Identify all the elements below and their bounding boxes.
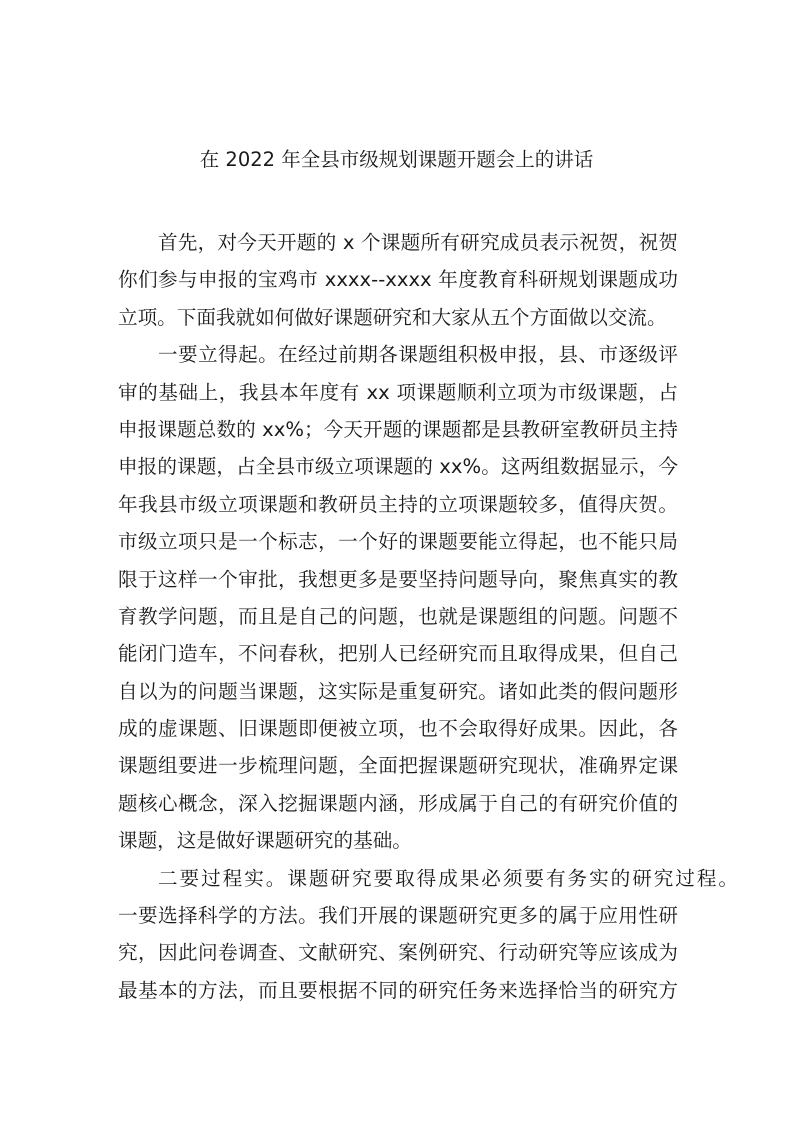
paragraph-line: 申报的课题，占全县市级立项课题的 xx%。这两组数据显示，今 (118, 453, 678, 490)
document-title: 在 2022 年全县市级规划课题开题会上的讲话 (0, 146, 793, 174)
paragraph-line: 首先，对今天开题的 x 个课题所有研究成员表示祝贺，祝贺 (118, 229, 678, 266)
paragraph-line: 育教学问题，而且是自己的问题，也就是课题组的问题。问题不 (118, 603, 678, 640)
paragraph-line: 成的虚课题、旧课题即便被立项，也不会取得好成果。因此，各 (118, 715, 678, 752)
paragraph-line: 年我县市级立项课题和教研员主持的立项课题较多，值得庆贺。 (118, 491, 678, 528)
paragraph-line: 一要选择科学的方法。我们开展的课题研究更多的属于应用性研 (118, 902, 678, 939)
paragraph-line: 课题组要进一步梳理问题，全面把握课题研究现状，准确界定课 (118, 752, 678, 789)
paragraph-line: 限于这样一个审批，我想更多是要坚持问题导向，聚焦真实的教 (118, 566, 678, 603)
paragraph-line: 审的基础上，我县本年度有 xx 项课题顺利立项为市级课题，占 (118, 379, 678, 416)
paragraph-line: 自以为的问题当课题，这实际是重复研究。诸如此类的假问题形 (118, 678, 678, 715)
paragraph-line: 能闭门造车，不问春秋，把别人已经研究而且取得成果，但自己 (118, 640, 678, 677)
paragraph-line: 题核心概念，深入挖掘课题内涵，形成属于自己的有研究价值的 (118, 790, 678, 827)
paragraph-line: 你们参与申报的宝鸡市 xxxx--xxxx 年度教育科研规划课题成功 (118, 266, 678, 303)
paragraph-line: 二要过程实。课题研究要取得成果必须要有务实的研究过程。 (118, 865, 738, 902)
paragraph-line: 市级立项只是一个标志，一个好的课题要能立得起，也不能只局 (118, 528, 678, 565)
paragraph-line: 申报课题总数的 xx%；今天开题的课题都是县教研室教研员主持 (118, 416, 678, 453)
document-body: 首先，对今天开题的 x 个课题所有研究成员表示祝贺，祝贺 你们参与申报的宝鸡市 … (118, 229, 678, 1014)
paragraph-line: 最基本的方法，而且要根据不同的研究任务来选择恰当的研究方 (118, 977, 678, 1014)
paragraph-line: 课题，这是做好课题研究的基础。 (118, 827, 678, 864)
paragraph-line: 立项。下面我就如何做好课题研究和大家从五个方面做以交流。 (118, 304, 678, 341)
paragraph-line: 究，因此问卷调查、文献研究、案例研究、行动研究等应该成为 (118, 939, 678, 976)
paragraph-line: 一要立得起。在经过前期各课题组积极申报，县、市逐级评 (118, 341, 678, 378)
document-page: 在 2022 年全县市级规划课题开题会上的讲话 首先，对今天开题的 x 个课题所… (0, 0, 793, 1122)
